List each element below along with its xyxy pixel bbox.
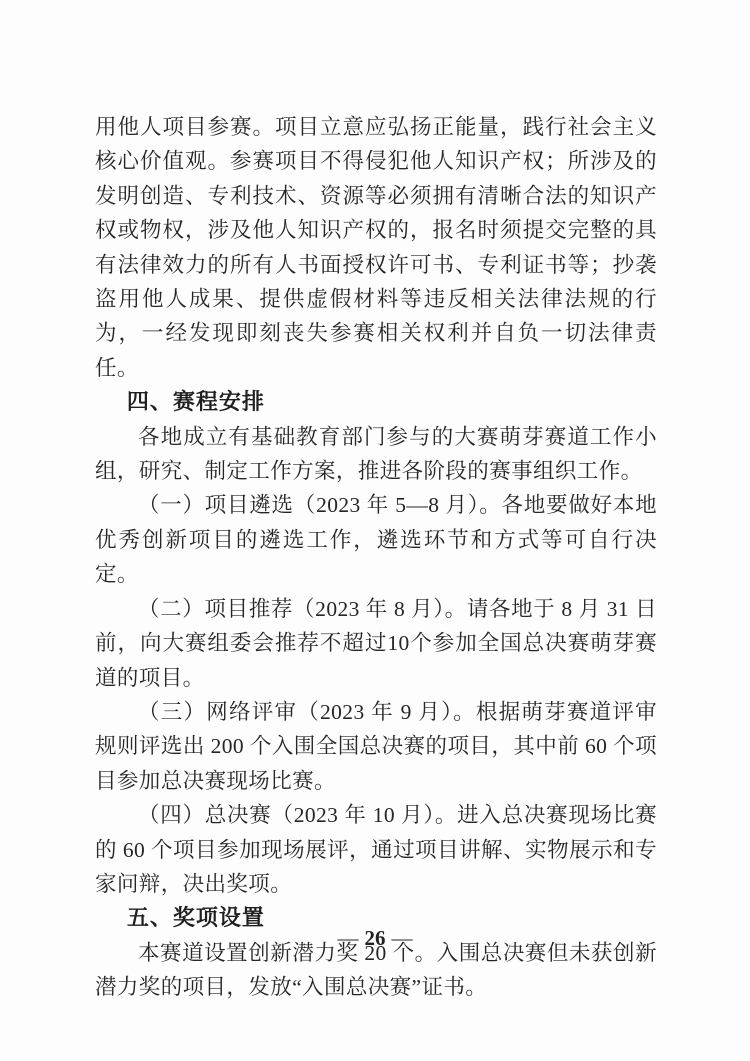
paragraph: （一）项目遴选（2023 年 5—8 月）。各地要做好本地优秀创新项目的遴选工作… — [95, 488, 657, 591]
footer-left-dash: — — [338, 926, 359, 950]
section-heading: 四、赛程安排 — [95, 385, 657, 419]
paragraph: （二）项目推荐（2023 年 8 月）。请各地于 8 月 31 日前，向大赛组委… — [95, 592, 657, 695]
paragraph: （四）总决赛（2023 年 10 月）。进入总决赛现场比赛的 60 个项目参加现… — [95, 798, 657, 901]
footer-right-dash: — — [392, 926, 413, 950]
document-page: 用他人项目参赛。项目立意应弘扬正能量，践行社会主义核心价值观。参赛项目不得侵犯他… — [0, 0, 750, 1061]
document-body: 用他人项目参赛。项目立意应弘扬正能量，践行社会主义核心价值观。参赛项目不得侵犯他… — [95, 110, 657, 1005]
page-footer: —26— — [0, 926, 750, 950]
paragraph: 用他人项目参赛。项目立意应弘扬正能量，践行社会主义核心价值观。参赛项目不得侵犯他… — [95, 110, 657, 385]
paragraph: 各地成立有基础教育部门参与的大赛萌芽赛道工作小组，研究、制定工作方案，推进各阶段… — [95, 420, 657, 489]
paragraph: （三）网络评审（2023 年 9 月）。根据萌芽赛道评审规则评选出 200 个入… — [95, 695, 657, 798]
page-number: 26 — [365, 926, 386, 950]
